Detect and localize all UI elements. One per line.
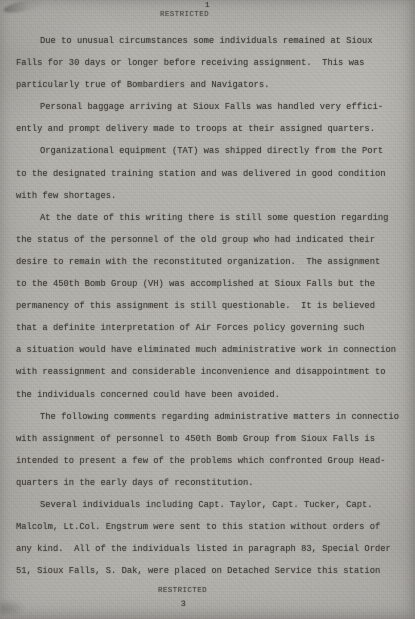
paragraph: Personal baggage arriving at Sioux Falls… (16, 96, 408, 140)
top-page-number: 1 (0, 2, 415, 10)
paragraph: Several individuals including Capt. Tayl… (16, 494, 408, 582)
document-page: 1 RESTRICTED Due to unusual circumstance… (0, 0, 415, 619)
paragraph: Organizational equipment (TAT) was shipp… (16, 140, 408, 206)
paragraph: Due to unusual circumstances some indivi… (16, 30, 408, 96)
paragraph: The following comments regarding adminis… (16, 406, 408, 494)
bottom-page-number: 3 (0, 599, 391, 609)
classification-banner-bottom: RESTRICTED (0, 587, 390, 595)
paragraph: At the date of this writing there is sti… (16, 207, 408, 406)
classification-banner-top: RESTRICTED (0, 11, 392, 19)
document-body: Due to unusual circumstances some indivi… (16, 30, 408, 582)
